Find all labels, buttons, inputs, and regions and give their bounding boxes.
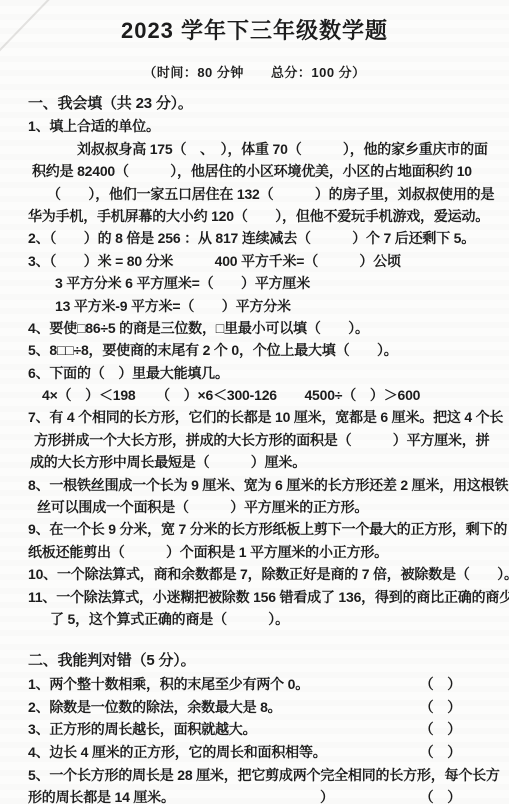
q11-text-line: 11、一个除法算式，小迷糊把被除数 156 错看成了 136，得到的商比正确的商…: [28, 586, 483, 608]
judge-text: 4、边长 4 厘米的正方形，它的周长和面积相等。: [28, 741, 327, 764]
q11-text-line: 了 5，这个算式正确的商是（ ）。: [50, 608, 483, 630]
q2-text-line: 2、（ ）的 8 倍是 256 ：从 817 连续减去（ ）个 7 后还剩下 5…: [28, 227, 483, 249]
q9-text-line: 纸板还能剪出（ ）个面积是 1 平方厘米的小正方形。: [28, 541, 483, 563]
q6-text-line: 4×（ ）＜198 （ ）×6＜300-126 4500÷（ ）＞600: [42, 384, 483, 406]
q6-text-line: 6、下面的（ ）里最大能填几。: [28, 362, 483, 384]
test-paper-page: 2023 学年下三年级数学题 （时间：80 分钟 总分：100 分） 一、我会填…: [0, 0, 509, 804]
q1-text-line: 刘叔叔身高 175（ 、 ），体重 70（ ），他的家乡重庆市的面: [77, 138, 483, 160]
exam-time-score-info: （时间：80 分钟 总分：100 分）: [0, 62, 509, 81]
answer-bracket: （ ）: [420, 696, 483, 719]
q8-text-line: 8、一根铁丝围成一个长为 9 厘米、宽为 6 厘米的长方形还差 2 厘米，用这根…: [28, 474, 483, 496]
q4-text-line: 4、要使□86÷5 的商是三位数，□里最小可以填（ ）。: [28, 317, 483, 339]
page-title: 2023 学年下三年级数学题: [0, 0, 509, 45]
q10-text-line: 10、一个除法算式，商和余数都是 7，除数正好是商的 7 倍，被除数是（ ）。: [28, 563, 483, 585]
section1-heading: 一、我会填（共 23 分）。: [28, 93, 483, 115]
q1-text-line: （ ），他们一家五口居住在 132（ ）的房子里，刘叔叔使用的是: [47, 183, 483, 205]
judge-item: 1、两个整十数相乘，积的末尾至少有两个 0。 （ ）: [28, 673, 483, 696]
answer-bracket: （ ）: [420, 718, 483, 741]
section2-heading: 二、我能判对错（5 分）。: [28, 650, 483, 672]
q7-text-line: 方形拼成一个大长方形，拼成的大长方形的面积是（ ）平方厘米，拼: [34, 429, 483, 451]
judge-item: 4、边长 4 厘米的正方形，它的周长和面积相等。 （ ）: [28, 741, 483, 764]
q9-text-line: 9、在一个长 9 分米，宽 7 分米的长方形纸板上剪下一个最大的正方形，剩下的: [28, 518, 483, 540]
paper-content: 一、我会填（共 23 分）。 1、填上合适的单位。 刘叔叔身高 175（ 、 ）…: [0, 93, 509, 804]
judge-item5-line1: 5、一个长方形的周长是 28 厘米，把它剪成两个完全相同的长方形，每个长方: [28, 764, 483, 786]
q5-text-line: 5、8□□÷8，要使商的末尾有 2 个 0，个位上最大填（ ）。: [28, 339, 483, 361]
answer-bracket: （ ）: [420, 741, 483, 764]
answer-bracket: （ ）: [420, 786, 483, 804]
judge-text: 1、两个整十数相乘，积的末尾至少有两个 0。: [28, 673, 309, 696]
judge-text: 形的周长都是 14 厘米。: [28, 786, 175, 804]
q3-text-line: 13 平方米-9 平方米=（ ）平方分米: [55, 295, 483, 317]
answer-bracket: （ ）: [420, 673, 483, 696]
judge-text: 2、除数是一位数的除法，余数最大是 8。: [28, 696, 281, 719]
q7-text-line: 成的大长方形中周长最短是（ ）厘米。: [30, 451, 483, 473]
q3-text-line: 3 平方分米 6 平方厘米=（ ）平方厘米: [55, 272, 483, 294]
q8-text-line: 丝可以围成一个面积是（ ）平方厘米的正方形。: [37, 496, 483, 518]
q1-prompt: 1、填上合适的单位。: [28, 115, 483, 137]
q1-text-line: 华为手机，手机屏幕的大小约 120（ ），但他不爱玩手机游戏，爱运动。: [28, 205, 483, 227]
q3-text-line: 3、（ ）米 = 80 分米 400 平方千米=（ ）公顷: [28, 250, 483, 272]
judge-item: 2、除数是一位数的除法，余数最大是 8。 （ ）: [28, 696, 483, 719]
q7-text-line: 7、有 4 个相同的长方形，它们的长都是 10 厘米，宽都是 6 厘米。把这 4…: [28, 406, 483, 428]
q1-text-line: 积约是 82400（ ），他居住的小区环境优美，小区的占地面积约 10: [32, 160, 483, 182]
judge-text: 3、正方形的周长越长，面积就越大。: [28, 718, 256, 741]
stray-bracket-mark: ）: [320, 786, 334, 804]
judge-item: 3、正方形的周长越长，面积就越大。 （ ）: [28, 718, 483, 741]
judge-item: 形的周长都是 14 厘米。 ） （ ）: [28, 786, 483, 804]
